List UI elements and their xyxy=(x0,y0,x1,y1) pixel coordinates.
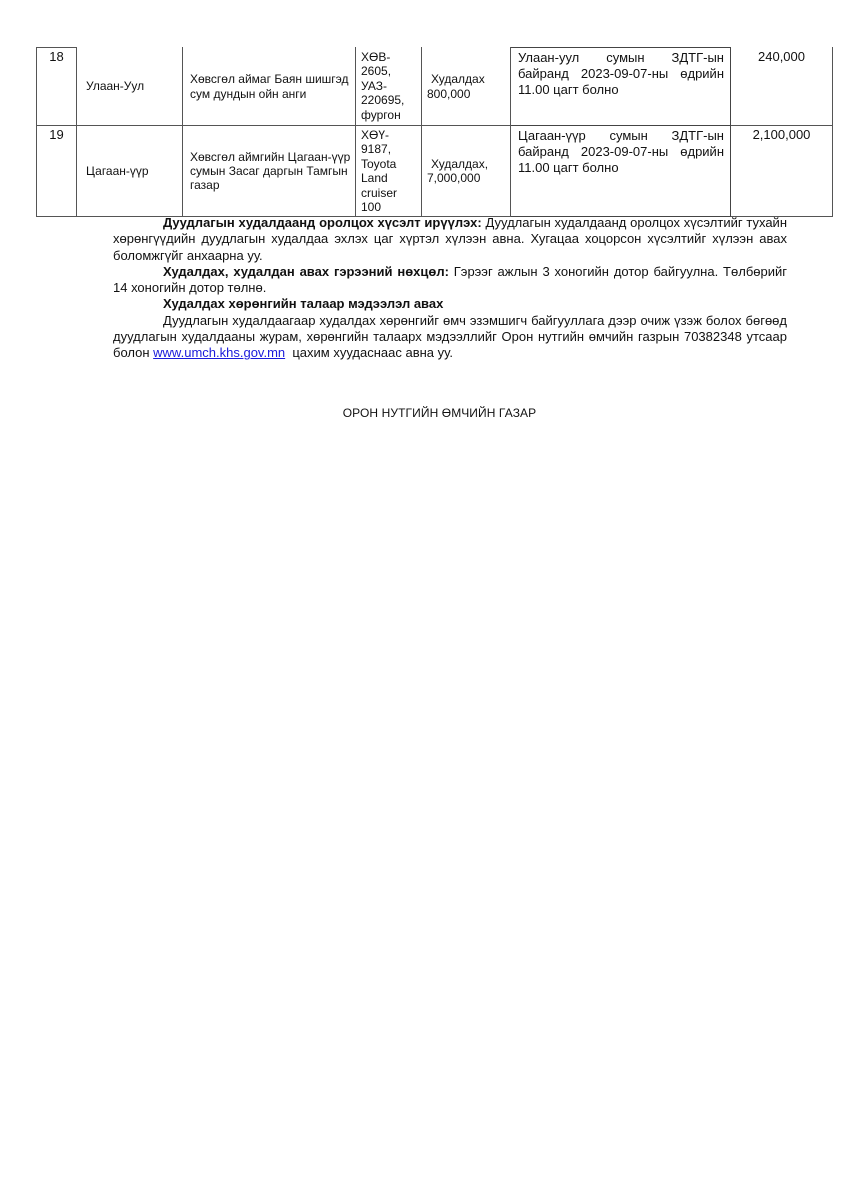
sale-price-cell: Худалдах,7,000,000 xyxy=(422,126,511,217)
asset-cell: ХӨҮ-9187,ToyotaLandcruiser100 xyxy=(356,126,422,217)
auction-table: 18Улаан-УулХөвсгөл аймаг Баян шишгэд сум… xyxy=(36,47,833,217)
row-number-cell: 18 xyxy=(37,48,77,126)
soum-cell: Улаан-Уул xyxy=(77,48,183,126)
contract-paragraph: Худалдах, худалдан авах гэрээний нөхцөл:… xyxy=(113,264,787,297)
asset-line: УАЗ- xyxy=(361,79,417,93)
deposit-cell: 240,000 xyxy=(731,48,833,126)
asset-line: ХӨҮ- xyxy=(361,128,417,142)
row-number-cell: 19 xyxy=(37,126,77,217)
auction-location-text: Цагаан-үүр сумын ЗДТГ-ын байранд 2023-09… xyxy=(518,128,724,175)
asset-line: Toyota xyxy=(361,157,417,171)
table-row: 18Улаан-УулХөвсгөл аймаг Баян шишгэд сум… xyxy=(37,48,833,126)
asset-line: 2605, xyxy=(361,64,417,78)
owner-name: Хөвсгөл аймаг Баян шишгэд сум дундын ойн… xyxy=(190,72,351,101)
asset-line: 220695, xyxy=(361,93,417,107)
soum-cell: Цагаан-үүр xyxy=(77,126,183,217)
website-link[interactable]: www.umch.khs.gov.mn xyxy=(153,345,285,360)
soum-name: Улаан-Уул xyxy=(86,79,178,93)
info-paragraph: Дуудлагын худалдаагаар худалдах хөрөнгий… xyxy=(113,313,787,362)
sale-type: Худалдах xyxy=(427,72,506,86)
asset-line: cruiser xyxy=(361,186,417,200)
application-heading: Дуудлагын худалдаанд оролцох хүсэлт ирүү… xyxy=(163,215,482,230)
auction-location-text: Улаан-уул сумын ЗДТГ-ын байранд 2023-09-… xyxy=(518,50,724,97)
owner-cell: Хөвсгөл аймаг Баян шишгэд сум дундын ойн… xyxy=(183,48,356,126)
starting-price: 800,000 xyxy=(427,87,506,101)
asset-line: Land xyxy=(361,171,417,185)
document-page: 18Улаан-УулХөвсгөл аймаг Баян шишгэд сум… xyxy=(0,0,849,1200)
asset-line: 100 xyxy=(361,200,417,214)
starting-price: 7,000,000 xyxy=(427,171,506,185)
soum-name: Цагаан-үүр xyxy=(86,164,178,178)
info-text-after: цахим хуудаснаас авна уу. xyxy=(285,345,453,360)
sale-price-cell: Худалдах800,000 xyxy=(422,48,511,126)
auction-location-cell: Цагаан-үүр сумын ЗДТГ-ын байранд 2023-09… xyxy=(511,126,731,217)
asset-cell: ХӨВ-2605,УАЗ-220695,фургон xyxy=(356,48,422,126)
document-body: Дуудлагын худалдаанд оролцох хүсэлт ирүү… xyxy=(113,215,787,362)
owner-cell: Хөвсгөл аймгийн Цагаан-үүр сумын Засаг д… xyxy=(183,126,356,217)
owner-name: Хөвсгөл аймгийн Цагаан-үүр сумын Засаг д… xyxy=(190,150,351,193)
asset-line: ХӨВ- xyxy=(361,50,417,64)
application-paragraph: Дуудлагын худалдаанд оролцох хүсэлт ирүү… xyxy=(113,215,787,264)
table-row: 19Цагаан-үүрХөвсгөл аймгийн Цагаан-үүр с… xyxy=(37,126,833,217)
deposit-cell: 2,100,000 xyxy=(731,126,833,217)
contract-heading: Худалдах, худалдан авах гэрээний нөхцөл: xyxy=(163,264,449,279)
asset-line: 9187, xyxy=(361,142,417,156)
auction-location-cell: Улаан-уул сумын ЗДТГ-ын байранд 2023-09-… xyxy=(511,48,731,126)
signature-organization: ОРОН НУТГИЙН ӨМЧИЙН ГАЗАР xyxy=(0,406,849,420)
asset-line: фургон xyxy=(361,108,417,122)
sale-type: Худалдах, xyxy=(427,157,506,171)
info-heading: Худалдах хөрөнгийн талаар мэдээлэл авах xyxy=(113,296,787,312)
